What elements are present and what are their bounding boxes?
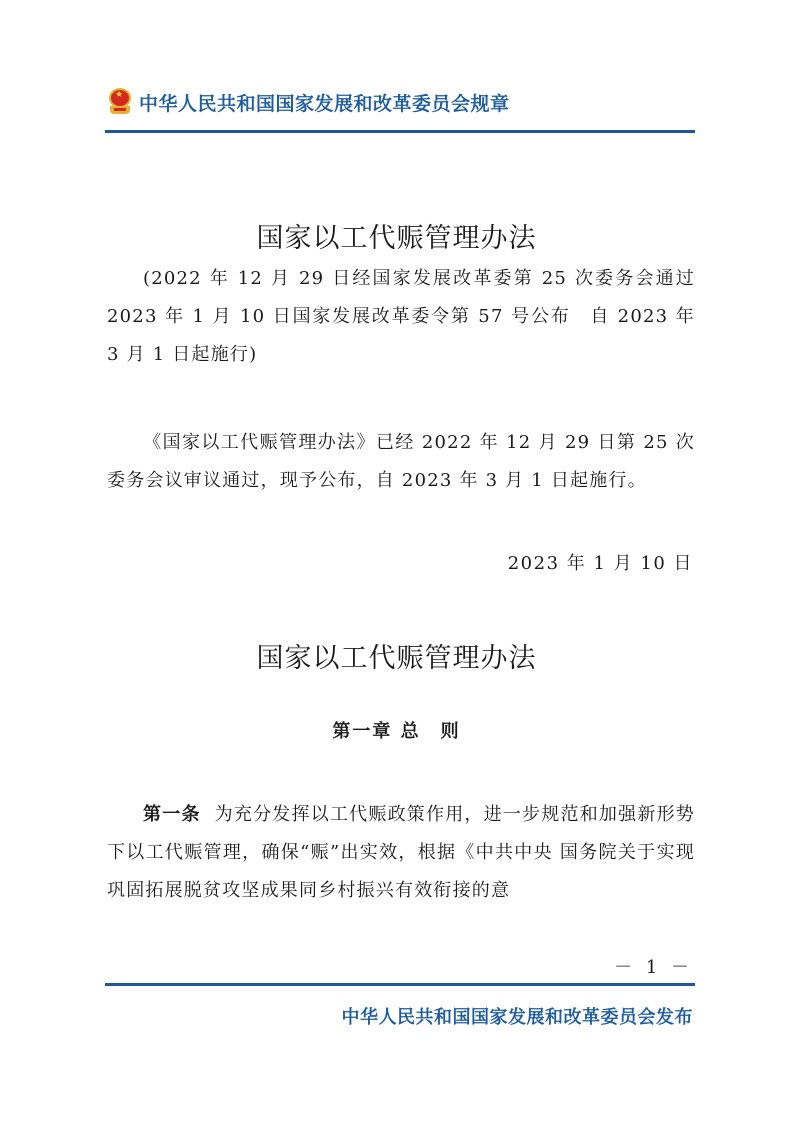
article-lead: 第一条 [143, 804, 201, 825]
chapter-heading: 第一章 总 则 [0, 717, 793, 743]
adoption-note-text: (2022 年 12 月 29 日经国家发展改革委第 25 次委务会通过 202… [107, 268, 695, 365]
footer-publisher: 中华人民共和国国家发展和改革委员会发布 [342, 1003, 694, 1029]
article-1: 第一条为充分发挥以工代赈政策作用，进一步规范和加强新形势下以工代赈管理，确保“赈… [107, 796, 695, 910]
header-title: 中华人民共和国国家发展和改革委员会规章 [139, 89, 510, 116]
page-number: － 1 － [614, 953, 693, 979]
page-header: ★ 中华人民共和国国家发展和改革委员会规章 [107, 86, 510, 118]
document-title: 国家以工代赈管理办法 [0, 216, 793, 255]
promulgation-text: 《国家以工代赈管理办法》已经 2022 年 12 月 29 日第 25 次委务会… [107, 432, 695, 491]
national-emblem-icon: ★ [107, 88, 133, 116]
promulgation-paragraph: 《国家以工代赈管理办法》已经 2022 年 12 月 29 日第 25 次委务会… [107, 424, 695, 500]
document-title-repeat: 国家以工代赈管理办法 [0, 636, 793, 675]
promulgation-date: 2023 年 1 月 10 日 [508, 549, 693, 575]
header-divider [105, 130, 695, 133]
adoption-note: (2022 年 12 月 29 日经国家发展改革委第 25 次委务会通过 202… [107, 260, 695, 374]
footer-divider [105, 983, 695, 986]
